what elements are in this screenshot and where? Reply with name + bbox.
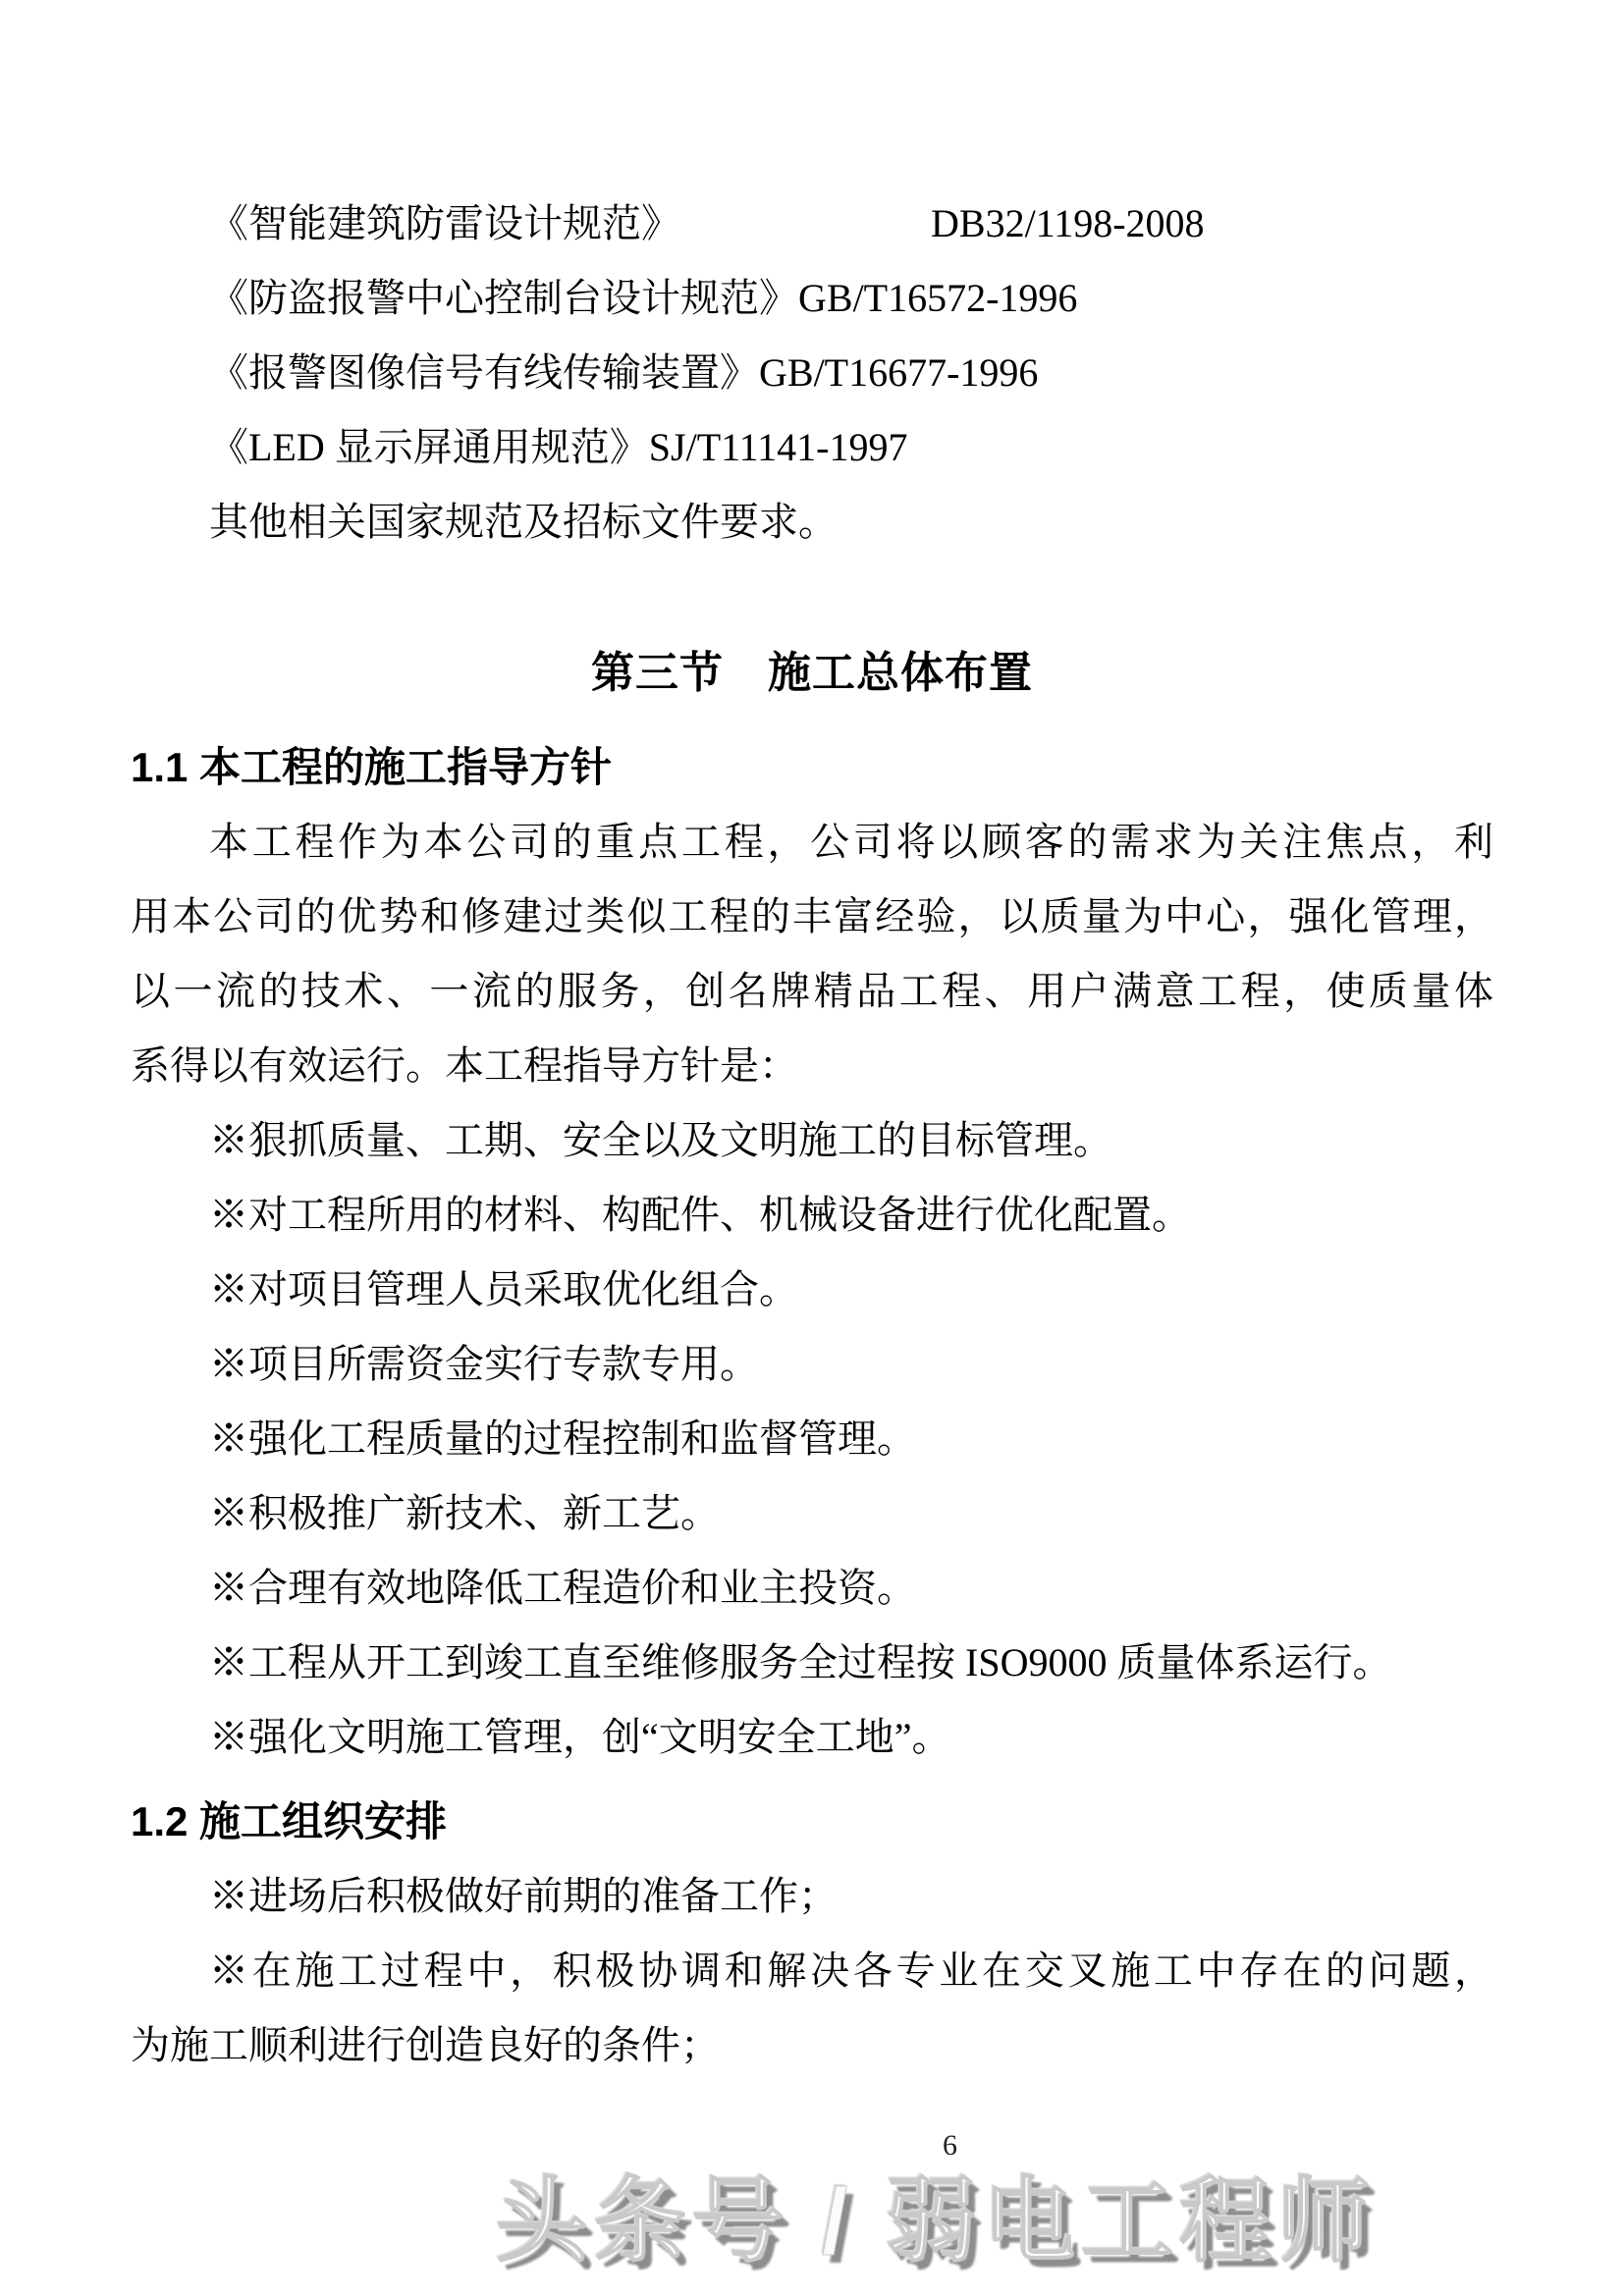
reference-line: 《智能建筑防雷设计规范》DB32/1198-2008 xyxy=(131,187,1493,261)
bullet-line: ※对项目管理人员采取优化组合。 xyxy=(131,1253,1493,1327)
reference-code: GB/T16677-1996 xyxy=(759,350,1038,395)
reference-title: 其他相关国家规范及招标文件要求。 xyxy=(209,500,838,544)
reference-title: 《防盗报警中心控制台设计规范》 xyxy=(209,276,798,320)
bullet-line: ※狠抓质量、工期、安全以及文明施工的目标管理。 xyxy=(131,1103,1493,1178)
heading-1-2: 1.2 施工组织安排 xyxy=(131,1785,1493,1859)
heading-1-1: 1.1 本工程的施工指导方针 xyxy=(131,730,1493,805)
bullet-list-1-2: ※进场后积极做好前期的准备工作； ※在施工过程中，积极协调和解决各专业在交叉施工… xyxy=(131,1859,1493,2083)
body-line: 以一流的技术、一流的服务，创名牌精品工程、用户满意工程，使质量体 xyxy=(131,954,1493,1029)
body-line: 用本公司的优势和修建过类似工程的丰富经验，以质量为中心，强化管理， xyxy=(131,880,1493,954)
page-number: 6 xyxy=(943,2128,957,2163)
reference-code: GB/T16572-1996 xyxy=(798,276,1077,320)
paragraph-guiding-policy: 本工程作为本公司的重点工程，公司将以顾客的需求为关注焦点，利 用本公司的优势和修… xyxy=(131,805,1493,1103)
bullet-line: ※强化工程质量的过程控制和监督管理。 xyxy=(131,1402,1493,1476)
document-content: 《智能建筑防雷设计规范》DB32/1198-2008 《防盗报警中心控制台设计规… xyxy=(131,187,1493,2083)
reference-code: DB32/1198-2008 xyxy=(931,201,1205,245)
bullet-line: ※强化文明施工管理，创“文明安全工地”。 xyxy=(131,1700,1493,1775)
reference-title: 《报警图像信号有线传输装置》 xyxy=(209,350,759,395)
bullet-line: 为施工顺利进行创造良好的条件； xyxy=(131,2008,1493,2083)
bullet-line: ※进场后积极做好前期的准备工作； xyxy=(131,1859,1493,1934)
watermark-text: 头条号 / 弱电工程师 xyxy=(496,2167,1376,2275)
reference-line: 《报警图像信号有线传输装置》GB/T16677-1996 xyxy=(131,336,1493,410)
reference-list: 《智能建筑防雷设计规范》DB32/1198-2008 《防盗报警中心控制台设计规… xyxy=(131,187,1493,560)
bullet-line: ※在施工过程中，积极协调和解决各专业在交叉施工中存在的问题， xyxy=(131,1934,1493,2008)
reference-title: 《LED 显示屏通用规范》 xyxy=(209,425,649,469)
reference-code: SJ/T11141-1997 xyxy=(649,425,908,469)
document-page: 《智能建筑防雷设计规范》DB32/1198-2008 《防盗报警中心控制台设计规… xyxy=(0,0,1624,2296)
reference-title: 《智能建筑防雷设计规范》 xyxy=(209,201,680,245)
body-line: 系得以有效运行。本工程指导方针是： xyxy=(131,1029,1493,1103)
reference-line: 其他相关国家规范及招标文件要求。 xyxy=(131,485,1493,560)
body-line: 本工程作为本公司的重点工程，公司将以顾客的需求为关注焦点，利 xyxy=(131,805,1493,880)
bullet-line: ※工程从开工到竣工直至维修服务全过程按 ISO9000 质量体系运行。 xyxy=(131,1626,1493,1700)
bullet-line: ※项目所需资金实行专款专用。 xyxy=(131,1327,1493,1402)
bullet-list-1-1: ※狠抓质量、工期、安全以及文明施工的目标管理。 ※对工程所用的材料、构配件、机械… xyxy=(131,1103,1493,1775)
bullet-line: ※对工程所用的材料、构配件、机械设备进行优化配置。 xyxy=(131,1178,1493,1253)
reference-line: 《防盗报警中心控制台设计规范》GB/T16572-1996 xyxy=(131,261,1493,336)
section-title: 第三节 施工总体布置 xyxy=(131,636,1493,711)
bullet-line: ※积极推广新技术、新工艺。 xyxy=(131,1476,1493,1551)
bullet-line: ※合理有效地降低工程造价和业主投资。 xyxy=(131,1551,1493,1626)
reference-line: 《LED 显示屏通用规范》SJ/T11141-1997 xyxy=(131,410,1493,485)
